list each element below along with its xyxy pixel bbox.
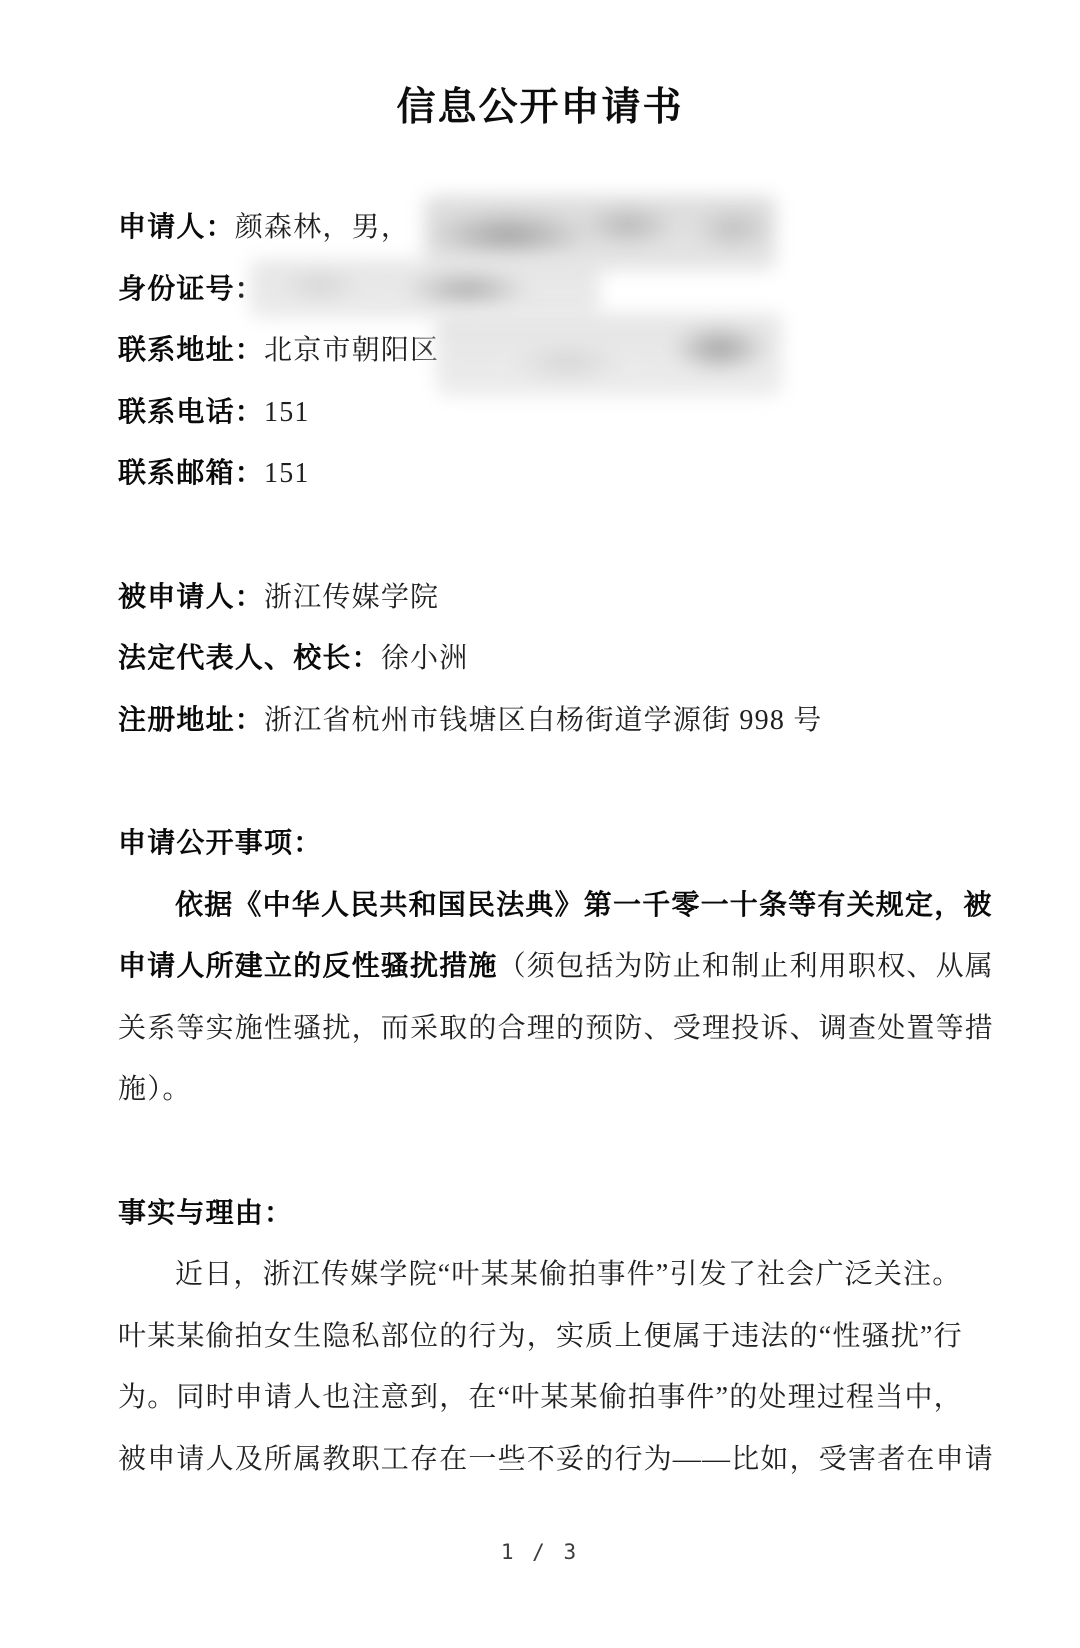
page-number: 1 / 3 (0, 1540, 1080, 1564)
page-title: 信息公开申请书 (0, 84, 1080, 132)
respondent-registered-address-label: 注册地址： (118, 705, 264, 736)
applicant-address-label: 联系地址： (118, 335, 264, 366)
respondent-name-line: 被申请人：浙江传媒学院 (118, 567, 1003, 629)
facts-heading: 事实与理由： (118, 1183, 1003, 1245)
facts-paragraph-line-2: 叶某某偷拍女生隐私部位的行为，实质上便属于违法的“性骚扰”行 (118, 1306, 1003, 1368)
applicant-email-line: 联系邮箱：151 (118, 443, 1003, 505)
facts-paragraph-line-3: 为。同时申请人也注意到，在“叶某某偷拍事件”的处理过程当中， (118, 1367, 1003, 1429)
respondent-representative-value: 徐小洲 (381, 643, 469, 674)
applicant-id-label: 身份证号： (118, 274, 264, 305)
respondent-name-label: 被申请人： (118, 582, 264, 613)
respondent-registered-address-line: 注册地址：浙江省杭州市钱塘区白杨街道学源街 998 号 (118, 690, 1003, 752)
applicant-address-line: 联系地址：北京市朝阳区 (118, 320, 1003, 382)
respondent-registered-address-value: 浙江省杭州市钱塘区白杨街道学源街 998 号 (264, 705, 822, 736)
applicant-email-label: 联系邮箱： (118, 458, 264, 489)
applicant-id-line: 身份证号： (118, 259, 1003, 321)
request-paragraph-line-4: 施）。 (118, 1059, 1003, 1121)
applicant-email-value: 151 (264, 458, 310, 489)
applicant-phone-value: 151 (264, 397, 310, 428)
respondent-name-value: 浙江传媒学院 (264, 582, 439, 613)
applicant-phone-line: 联系电话：151 (118, 382, 1003, 444)
applicant-name-value: 颜森林，男， (235, 212, 410, 243)
facts-paragraph-line-4: 被申请人及所属教职工存在一些不妥的行为——比如，受害者在申请 (118, 1429, 1003, 1491)
respondent-representative-line: 法定代表人、校长：徐小洲 (118, 628, 1003, 690)
applicant-phone-label: 联系电话： (118, 397, 264, 428)
document-body: 申请人：颜森林，男， 身份证号： 联系地址：北京市朝阳区 联系电话：151 联系… (118, 197, 1003, 1490)
applicant-name-label: 申请人： (118, 212, 235, 243)
request-paragraph-line-3: 关系等实施性骚扰，而采取的合理的预防、受理投诉、调查处置等措 (118, 998, 1003, 1060)
facts-paragraph-line-1: 近日，浙江传媒学院“叶某某偷拍事件”引发了社会广泛关注。 (118, 1244, 1003, 1306)
request-paragraph-line-2: 申请人所建立的反性骚扰措施（须包括为防止和制止利用职权、从属 (118, 936, 1003, 998)
request-paragraph-line-1: 依据《中华人民共和国民法典》第一千零一十条等有关规定，被 (118, 875, 1003, 937)
blank-line (118, 1121, 1003, 1183)
respondent-representative-label: 法定代表人、校长： (118, 643, 381, 674)
document-page: 信息公开申请书 申请人：颜森林，男， 身份证号： 联系地址：北京市朝阳区 联系电… (0, 0, 1080, 1648)
blank-line (118, 751, 1003, 813)
request-heading: 申请公开事项： (118, 813, 1003, 875)
blank-line (118, 505, 1003, 567)
applicant-name-line: 申请人：颜森林，男， (118, 197, 1003, 259)
applicant-address-value: 北京市朝阳区 (264, 335, 439, 366)
